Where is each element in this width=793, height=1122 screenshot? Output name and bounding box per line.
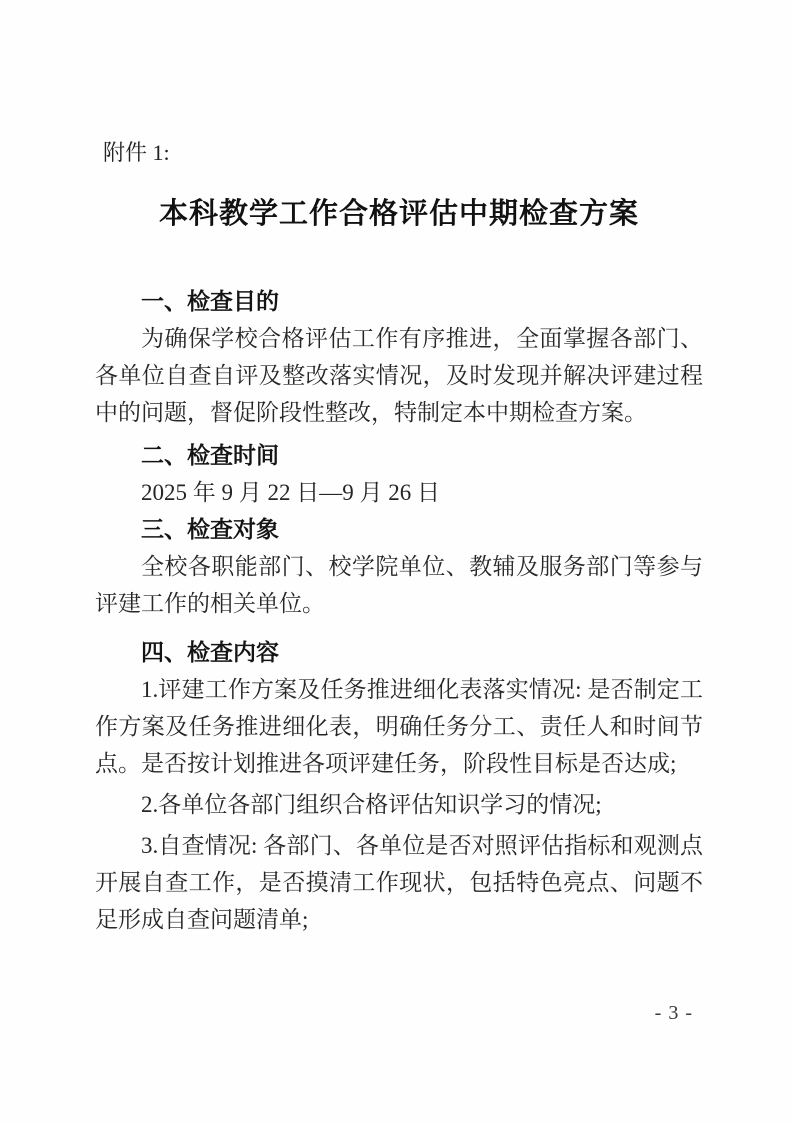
section-inspection-purpose: 一、检查目的 为确保学校合格评估工作有序推进，全面掌握各部门、各单位自查自评及整… <box>95 283 703 431</box>
section-heading-time: 二、检查时间 <box>95 437 703 474</box>
paragraph-targets: 全校各职能部门、校学院单位、教辅及服务部门等参与评建工作的相关单位。 <box>95 548 703 622</box>
section-heading-purpose: 一、检查目的 <box>95 283 703 320</box>
section-heading-content: 四、检查内容 <box>95 634 703 671</box>
paragraph-purpose: 为确保学校合格评估工作有序推进，全面掌握各部门、各单位自查自评及整改落实情况，及… <box>95 320 703 431</box>
paragraph-content-item-2: 2.各单位各部门组织合格评估知识学习的情况; <box>95 786 703 823</box>
attachment-label: 附件 1: <box>103 140 703 166</box>
page-number: - 3 - <box>655 1002 693 1025</box>
document-title: 本科教学工作合格评估中期检查方案 <box>95 196 703 233</box>
document-page: 附件 1: 本科教学工作合格评估中期检查方案 一、检查目的 为确保学校合格评估工… <box>0 0 793 1122</box>
section-inspection-time: 二、检查时间 2025 年 9 月 22 日—9 月 26 日 <box>95 437 703 511</box>
paragraph-time-range: 2025 年 9 月 22 日—9 月 26 日 <box>95 474 703 511</box>
section-inspection-targets: 三、检查对象 全校各职能部门、校学院单位、教辅及服务部门等参与评建工作的相关单位… <box>95 511 703 622</box>
section-inspection-content: 四、检查内容 1.评建工作方案及任务推进细化表落实情况: 是否制定工作方案及任务… <box>95 634 703 938</box>
paragraph-content-item-1: 1.评建工作方案及任务推进细化表落实情况: 是否制定工作方案及任务推进细化表，明… <box>95 671 703 782</box>
section-heading-targets: 三、检查对象 <box>95 511 703 548</box>
paragraph-content-item-3: 3.自查情况: 各部门、各单位是否对照评估指标和观测点开展自查工作，是否摸清工作… <box>95 827 703 938</box>
